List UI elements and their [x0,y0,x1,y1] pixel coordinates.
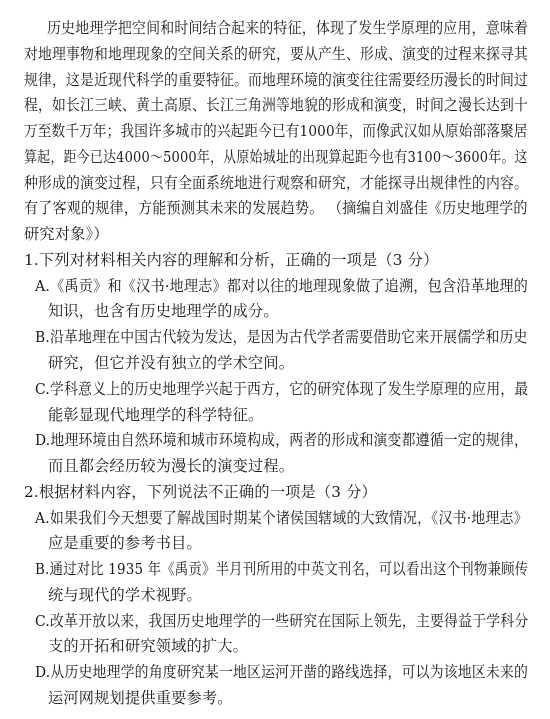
exam-page: 历史地理学把空间和时间结合起来的特征，体现了发生学原理的应用，意味着 对地理事物… [0,0,550,719]
passage-line: 种形成的演变过程，只有全面系统地进行观察和研究，才能探寻出规律性的内容。 [24,173,528,193]
passage-line: 算起，距今已达4000～5000年，从原始城址的出现算起距今也有3100～360… [24,147,528,167]
passage-line: 规律，这是近现代科学的重要特征。而地理环境的演变往往需要经历漫长的时间过 [24,70,528,90]
option-d: D.从历史地理学的角度研究某一地区运河开凿的路线选择，可以为该地区未来的 [35,662,528,682]
passage-line: 有了客观的规律，方能预测其未来的发展趋势。 （摘编自刘盛佳《历史地理学的 [24,198,528,218]
option-d: D.地理环境由自然环境和城市环境构成，两者的形成和演变都遵循一定的规律， [35,430,528,450]
option-c-cont: 支的开拓和研究领域的扩大。 [48,636,248,656]
passage-line: 程，如长江三峡、黄土高原、长江三角洲等地貌的形成和演变，时间之漫长达到十 [24,95,528,115]
option-b: B.沿革地理在中国古代较为发达，是因为古代学者需要借助它来开展儒学和历史 [35,327,528,347]
option-c-cont: 能彰显现代地理学的科学特征。 [48,405,263,425]
option-b: B.通过对比 1935 年《禹贡》半月刊所用的中英文刊名，可以看出这个刊物兼顾传 [35,559,528,579]
option-a: A.《禹贡》和《汉书·地理志》都对以往的地理现象做了追溯，包含沿革地理的 [35,276,528,296]
option-a-cont: 应是重要的参考书目。 [48,533,202,553]
option-a: A.如果我们今天想要了解战国时期某个诸侯国辖域的大致情况，《汉书·地理志》 [35,508,528,528]
option-b-cont: 统与现代的学术视野。 [48,585,202,605]
option-c: C.改革开放以来，我国历史地理学的一些研究在国际上领先，主要得益于学科分 [35,611,528,631]
passage-line: 研究对象》） [24,224,109,244]
passage-line: 对地理事物和地理现象的空间关系的研究，要从产生、形成、演变的过程来探寻其 [24,44,528,64]
option-d-cont: 运河网规划提供重要参考。 [48,688,233,708]
passage-line: 万至数千万年；我国许多城市的兴起距今已有1000年，而像武汉如从原始部落聚居 [24,121,528,141]
option-d-cont: 而且都会经历较为漫长的演变过程。 [48,456,294,476]
passage-line: 历史地理学把空间和时间结合起来的特征，体现了发生学原理的应用，意味着 [47,18,528,38]
option-c: C.学科意义上的历史地理学兴起于西方，它的研究体现了发生学原理的应用，最 [35,379,528,399]
option-b-cont: 研究，但它并没有独立的学术空间。 [48,353,294,373]
option-a-cont: 知识，也含有历史地理学的成分。 [48,301,279,321]
question-stem: 1.下列对材料相关内容的理解和分析，正确的一项是（3 分） [24,250,438,270]
question-stem: 2.根据材料内容，下列说法不正确的一项是（3 分） [24,482,377,502]
